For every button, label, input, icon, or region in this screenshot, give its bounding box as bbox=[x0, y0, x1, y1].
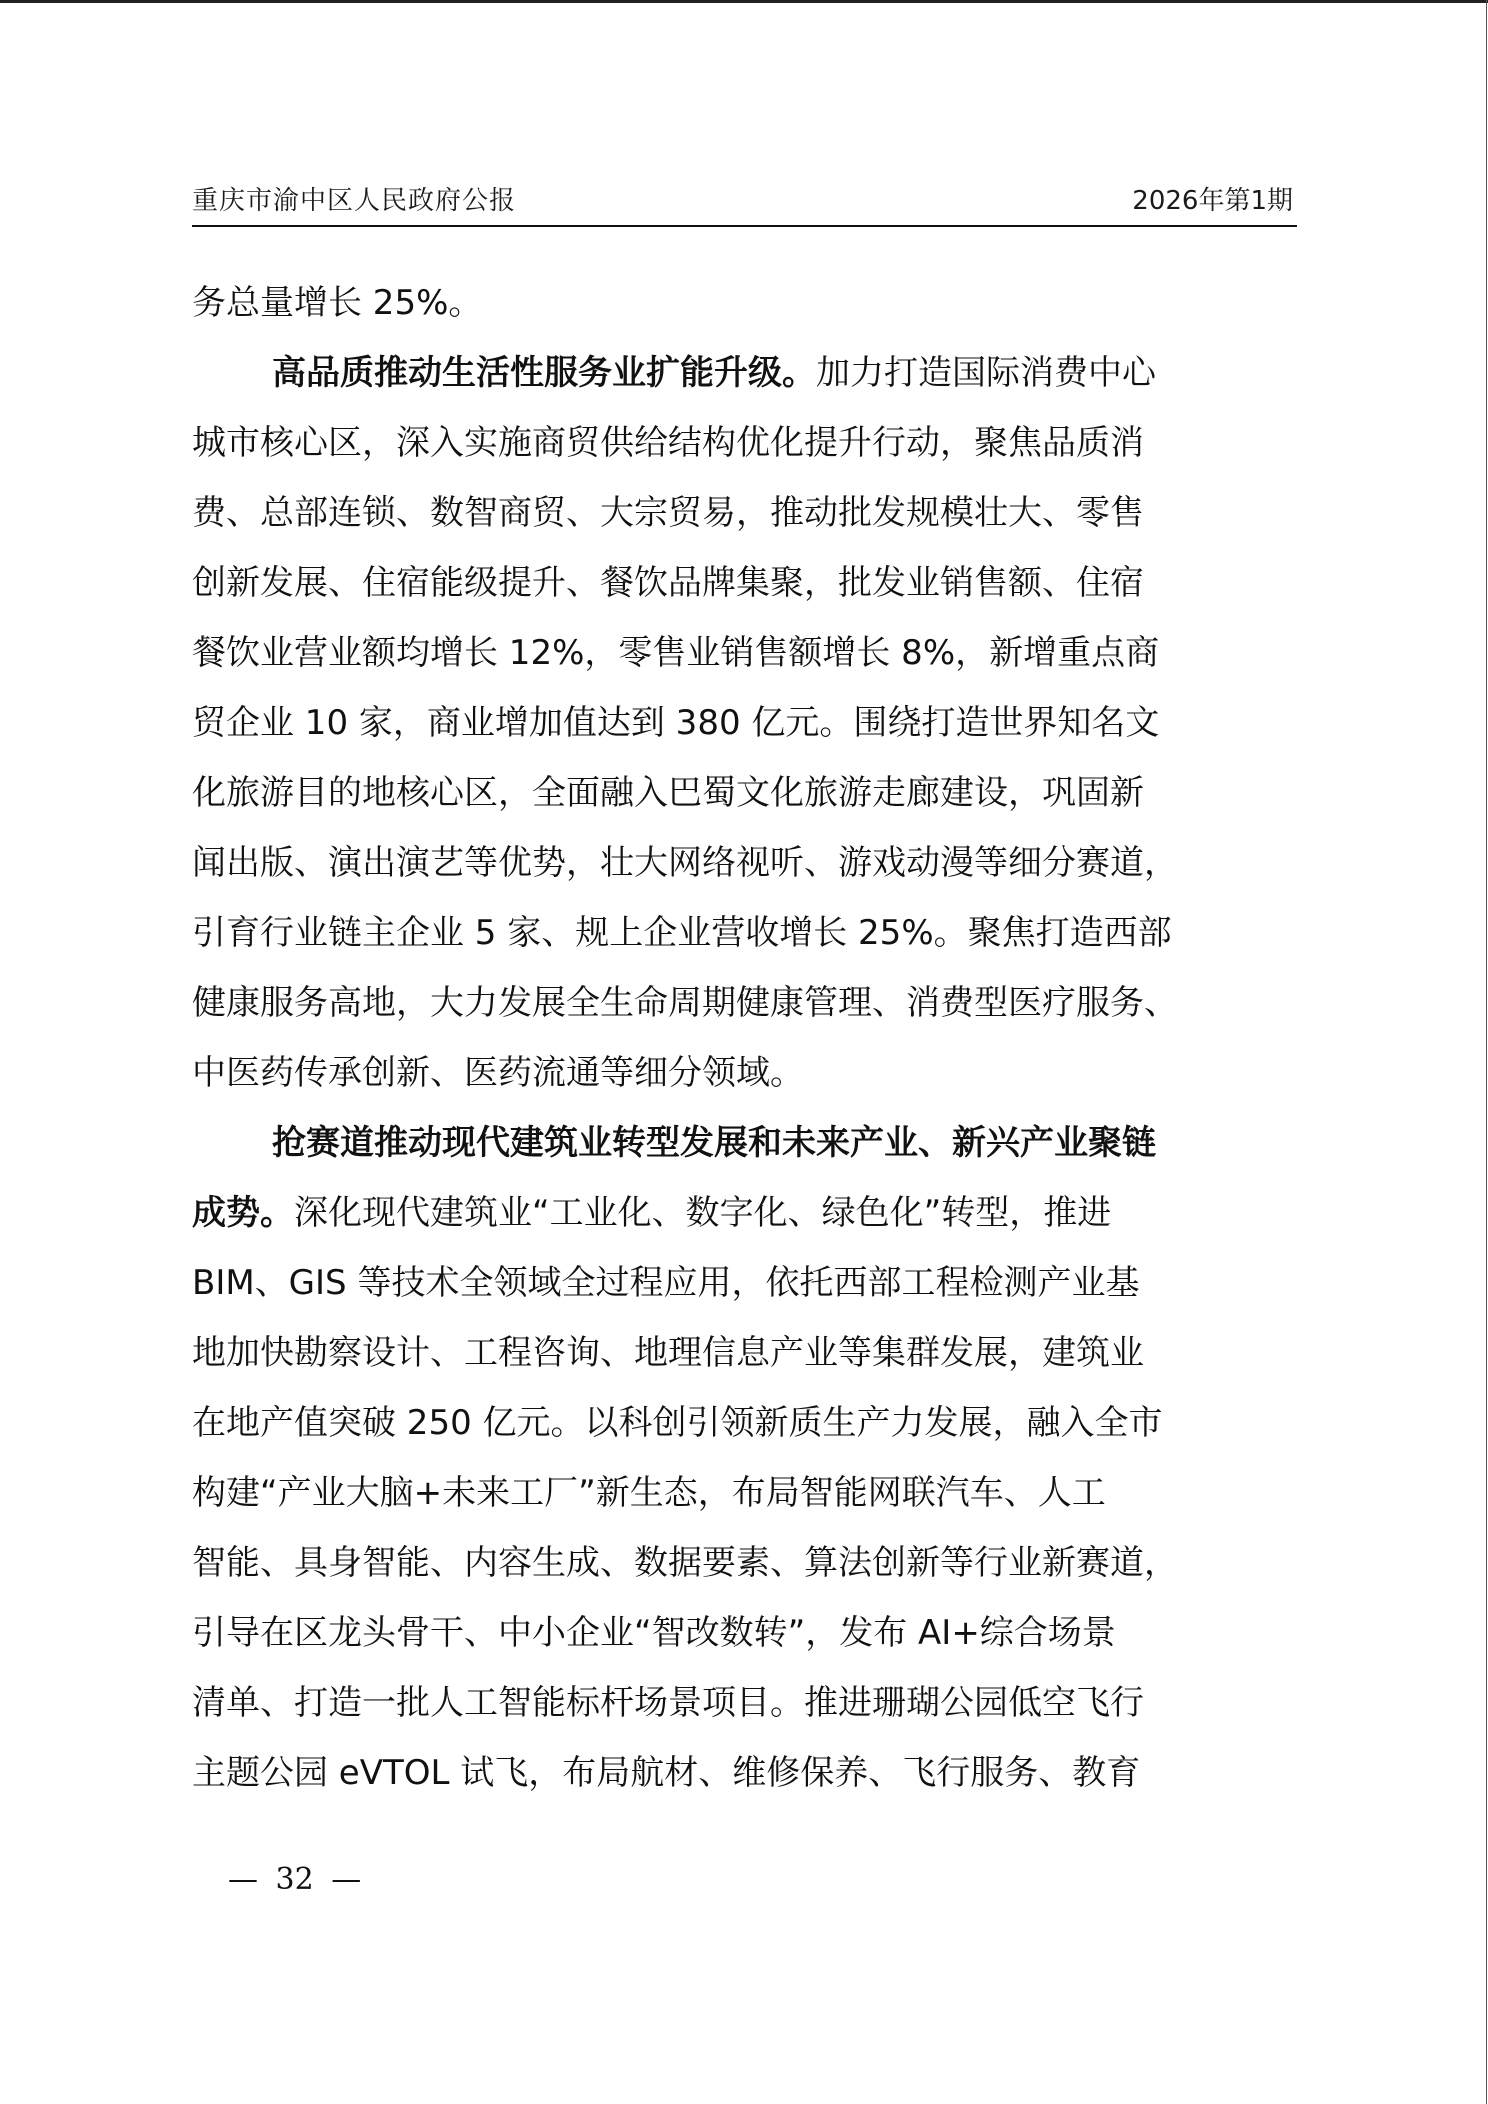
line-text: 务总量增长 25%。 bbox=[192, 283, 482, 323]
text-line: 健康服务高地，大力发展全生命周期健康管理、消费型医疗服务、 bbox=[192, 968, 1296, 1038]
header-rule bbox=[192, 225, 1297, 227]
running-header: 重庆市渝中区人民政府公报 2026年第1期 bbox=[192, 183, 1297, 219]
line-text: 化旅游目的地核心区，全面融入巴蜀文化旅游走廊建设，巩固新 bbox=[192, 773, 1144, 813]
text-line: 中医药传承创新、医药流通等细分领域。 bbox=[192, 1038, 1296, 1108]
text-line: 在地产值突破 250 亿元。以科创引领新质生产力发展，融入全市 bbox=[192, 1388, 1296, 1458]
text-line: 费、总部连锁、数智商贸、大宗贸易，推动批发规模壮大、零售 bbox=[192, 478, 1296, 548]
line-text: 健康服务高地，大力发展全生命周期健康管理、消费型医疗服务、 bbox=[192, 983, 1178, 1023]
line-text: 在地产值突破 250 亿元。以科创引领新质生产力发展，融入全市 bbox=[192, 1403, 1163, 1443]
line-text: 加力打造国际消费中心 bbox=[816, 353, 1156, 393]
paragraph-heading: 抢赛道推动现代建筑业转型发展和未来产业、新兴产业聚链 bbox=[272, 1123, 1156, 1163]
line-text: 清单、打造一批人工智能标杆场景项目。推进珊瑚公园低空飞行 bbox=[192, 1683, 1144, 1723]
text-line: BIM、GIS 等技术全领域全过程应用，依托西部工程检测产业基 bbox=[192, 1248, 1296, 1318]
line-text: 构建“产业大脑+未来工厂”新生态，布局智能网联汽车、人工 bbox=[192, 1473, 1106, 1513]
text-line: 闻出版、演出演艺等优势，壮大网络视听、游戏动漫等细分赛道， bbox=[192, 828, 1296, 898]
line-text: 深化现代建筑业“工业化、数字化、绿色化”转型，推进 bbox=[294, 1193, 1111, 1233]
issue-number: 2026年第1期 bbox=[1132, 183, 1293, 219]
line-text: 主题公园 eVTOL 试飞，布局航材、维修保养、飞行服务、教育 bbox=[192, 1753, 1140, 1793]
text-line: 引导在区龙头骨干、中小企业“智改数转”，发布 AI+综合场景 bbox=[192, 1598, 1296, 1668]
line-text: 引育行业链主企业 5 家、规上企业营收增长 25%。聚焦打造西部 bbox=[192, 913, 1172, 953]
line-text: 中医药传承创新、医药流通等细分领域。 bbox=[192, 1053, 804, 1093]
line-text: 智能、具身智能、内容生成、数据要素、算法创新等行业新赛道， bbox=[192, 1543, 1178, 1583]
line-text: 贸企业 10 家，商业增加值达到 380 亿元。围绕打造世界知名文 bbox=[192, 703, 1159, 743]
publication-title: 重庆市渝中区人民政府公报 bbox=[192, 183, 516, 219]
page-right-border bbox=[1486, 0, 1487, 2104]
text-line: 城市核心区，深入实施商贸供给结构优化提升行动，聚焦品质消 bbox=[192, 408, 1296, 478]
text-line: 成势。深化现代建筑业“工业化、数字化、绿色化”转型，推进 bbox=[192, 1178, 1296, 1248]
line-text: BIM、GIS 等技术全领域全过程应用，依托西部工程检测产业基 bbox=[192, 1263, 1139, 1303]
line-text: 创新发展、住宿能级提升、餐饮品牌集聚，批发业销售额、住宿 bbox=[192, 563, 1144, 603]
text-line: 地加快勘察设计、工程咨询、地理信息产业等集群发展，建筑业 bbox=[192, 1318, 1296, 1388]
text-line: 务总量增长 25%。 bbox=[192, 268, 1296, 338]
line-text: 引导在区龙头骨干、中小企业“智改数转”，发布 AI+综合场景 bbox=[192, 1613, 1116, 1653]
text-line: 化旅游目的地核心区，全面融入巴蜀文化旅游走廊建设，巩固新 bbox=[192, 758, 1296, 828]
text-line: 创新发展、住宿能级提升、餐饮品牌集聚，批发业销售额、住宿 bbox=[192, 548, 1296, 618]
paragraph-heading: 高品质推动生活性服务业扩能升级。 bbox=[272, 353, 816, 393]
text-line: 构建“产业大脑+未来工厂”新生态，布局智能网联汽车、人工 bbox=[192, 1458, 1296, 1528]
paragraph-heading: 成势。 bbox=[192, 1193, 294, 1233]
line-text: 闻出版、演出演艺等优势，壮大网络视听、游戏动漫等细分赛道， bbox=[192, 843, 1178, 883]
text-line: 主题公园 eVTOL 试飞，布局航材、维修保养、飞行服务、教育 bbox=[192, 1738, 1296, 1808]
text-line: 智能、具身智能、内容生成、数据要素、算法创新等行业新赛道， bbox=[192, 1528, 1296, 1598]
page-number: — 32 — bbox=[228, 1862, 361, 1898]
text-line: 贸企业 10 家，商业增加值达到 380 亿元。围绕打造世界知名文 bbox=[192, 688, 1296, 758]
line-text: 地加快勘察设计、工程咨询、地理信息产业等集群发展，建筑业 bbox=[192, 1333, 1144, 1373]
text-line: 抢赛道推动现代建筑业转型发展和未来产业、新兴产业聚链 bbox=[192, 1108, 1296, 1178]
line-text: 城市核心区，深入实施商贸供给结构优化提升行动，聚焦品质消 bbox=[192, 423, 1144, 463]
text-line: 引育行业链主企业 5 家、规上企业营收增长 25%。聚焦打造西部 bbox=[192, 898, 1296, 968]
page-top-border bbox=[0, 0, 1488, 3]
line-text: 餐饮业营业额均增长 12%，零售业销售额增长 8%，新增重点商 bbox=[192, 633, 1159, 673]
line-text: 费、总部连锁、数智商贸、大宗贸易，推动批发规模壮大、零售 bbox=[192, 493, 1144, 533]
text-line: 清单、打造一批人工智能标杆场景项目。推进珊瑚公园低空飞行 bbox=[192, 1668, 1296, 1738]
text-line: 餐饮业营业额均增长 12%，零售业销售额增长 8%，新增重点商 bbox=[192, 618, 1296, 688]
text-line: 高品质推动生活性服务业扩能升级。加力打造国际消费中心 bbox=[192, 338, 1296, 408]
body-text: 务总量增长 25%。高品质推动生活性服务业扩能升级。加力打造国际消费中心城市核心… bbox=[192, 268, 1296, 1808]
